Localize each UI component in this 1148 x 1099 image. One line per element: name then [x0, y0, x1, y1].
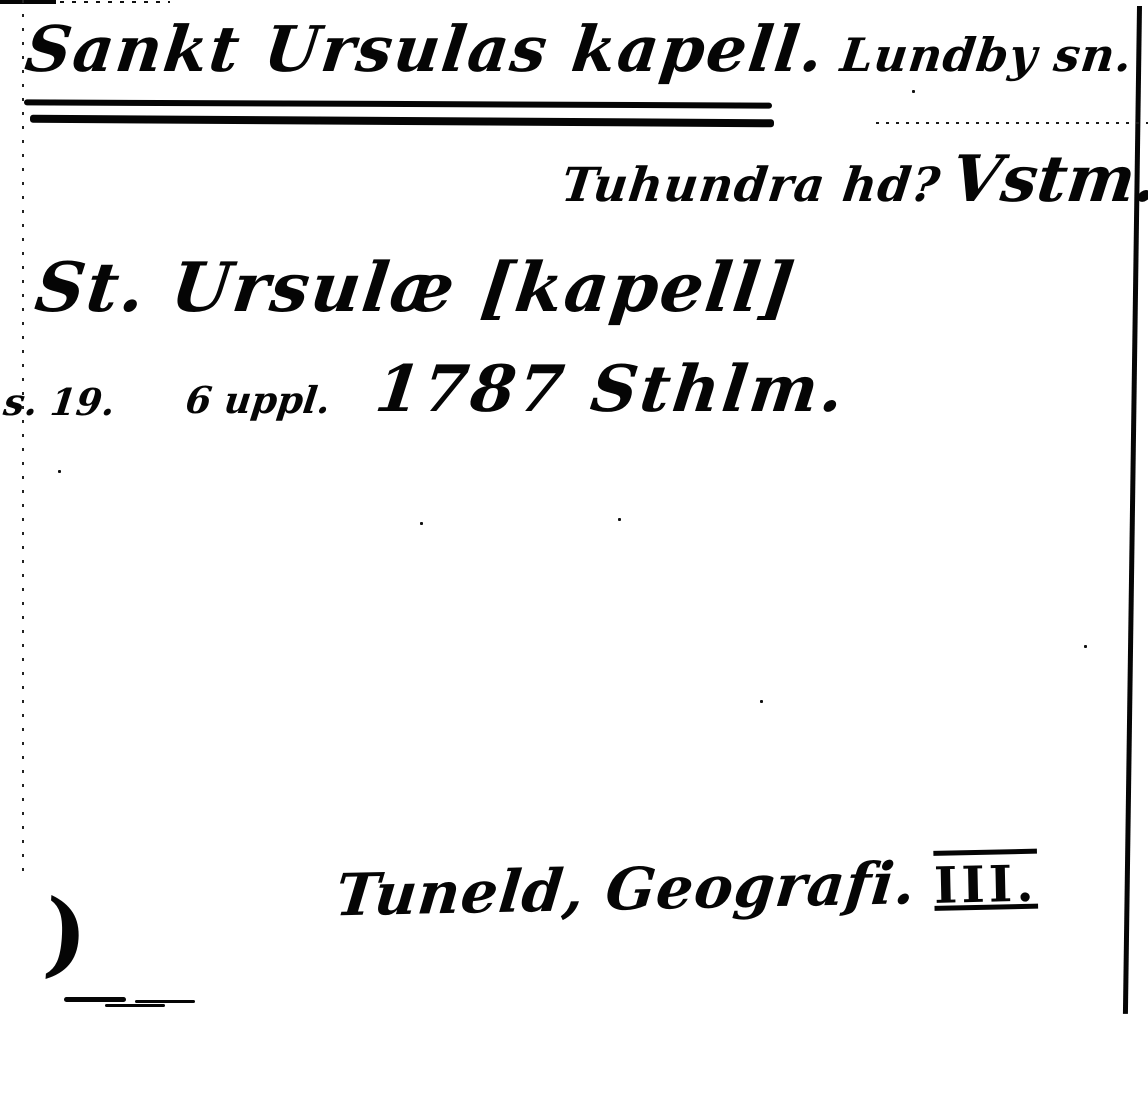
source-volume-numeral: III.: [933, 854, 1038, 915]
heading-row: Sankt Ursulas kapell. Lundby sn.: [26, 12, 1132, 86]
scan-speck: [420, 522, 423, 525]
district-row: Tuhundra hd? Vstm.: [562, 142, 1148, 217]
source-citation-row: Tuneld, Geografi. III.: [335, 847, 1038, 930]
top-edge-dotted-mark: [60, 1, 170, 3]
ink-smudge: [64, 997, 126, 1002]
province-abbreviation: Vstm.: [948, 142, 1148, 217]
card-title: Sankt Ursulas kapell.: [21, 12, 829, 86]
faint-ruled-line: [876, 122, 1148, 124]
pen-stroke-mark: ): [40, 879, 91, 990]
scan-speck: [58, 470, 61, 473]
scan-speck: [912, 90, 915, 93]
left-margin-dotted-line: [22, 0, 24, 872]
district-text: Tuhundra hd?: [559, 158, 944, 213]
source-work: Tuneld, Geografi.: [333, 849, 920, 929]
scan-speck: [618, 518, 621, 521]
parish-annotation: Lundby sn.: [837, 28, 1135, 82]
top-edge-mark: [0, 0, 56, 4]
latin-title: St. Ursulæ [kapell]: [31, 248, 800, 328]
scan-speck: [760, 700, 763, 703]
title-underline-top: [24, 99, 772, 108]
latin-title-row: St. Ursulæ [kapell]: [36, 248, 796, 328]
scan-speck: [1084, 645, 1087, 648]
title-underline-bottom: [30, 115, 774, 128]
edition-note: 6 uppl.: [183, 378, 333, 422]
year-and-place: 1787 Sthlm.: [371, 352, 850, 427]
page-reference: s. 19.: [1, 380, 117, 424]
catalog-card: ) Sankt Ursulas kapell. Lundby sn. Tuhun…: [0, 0, 1148, 1099]
